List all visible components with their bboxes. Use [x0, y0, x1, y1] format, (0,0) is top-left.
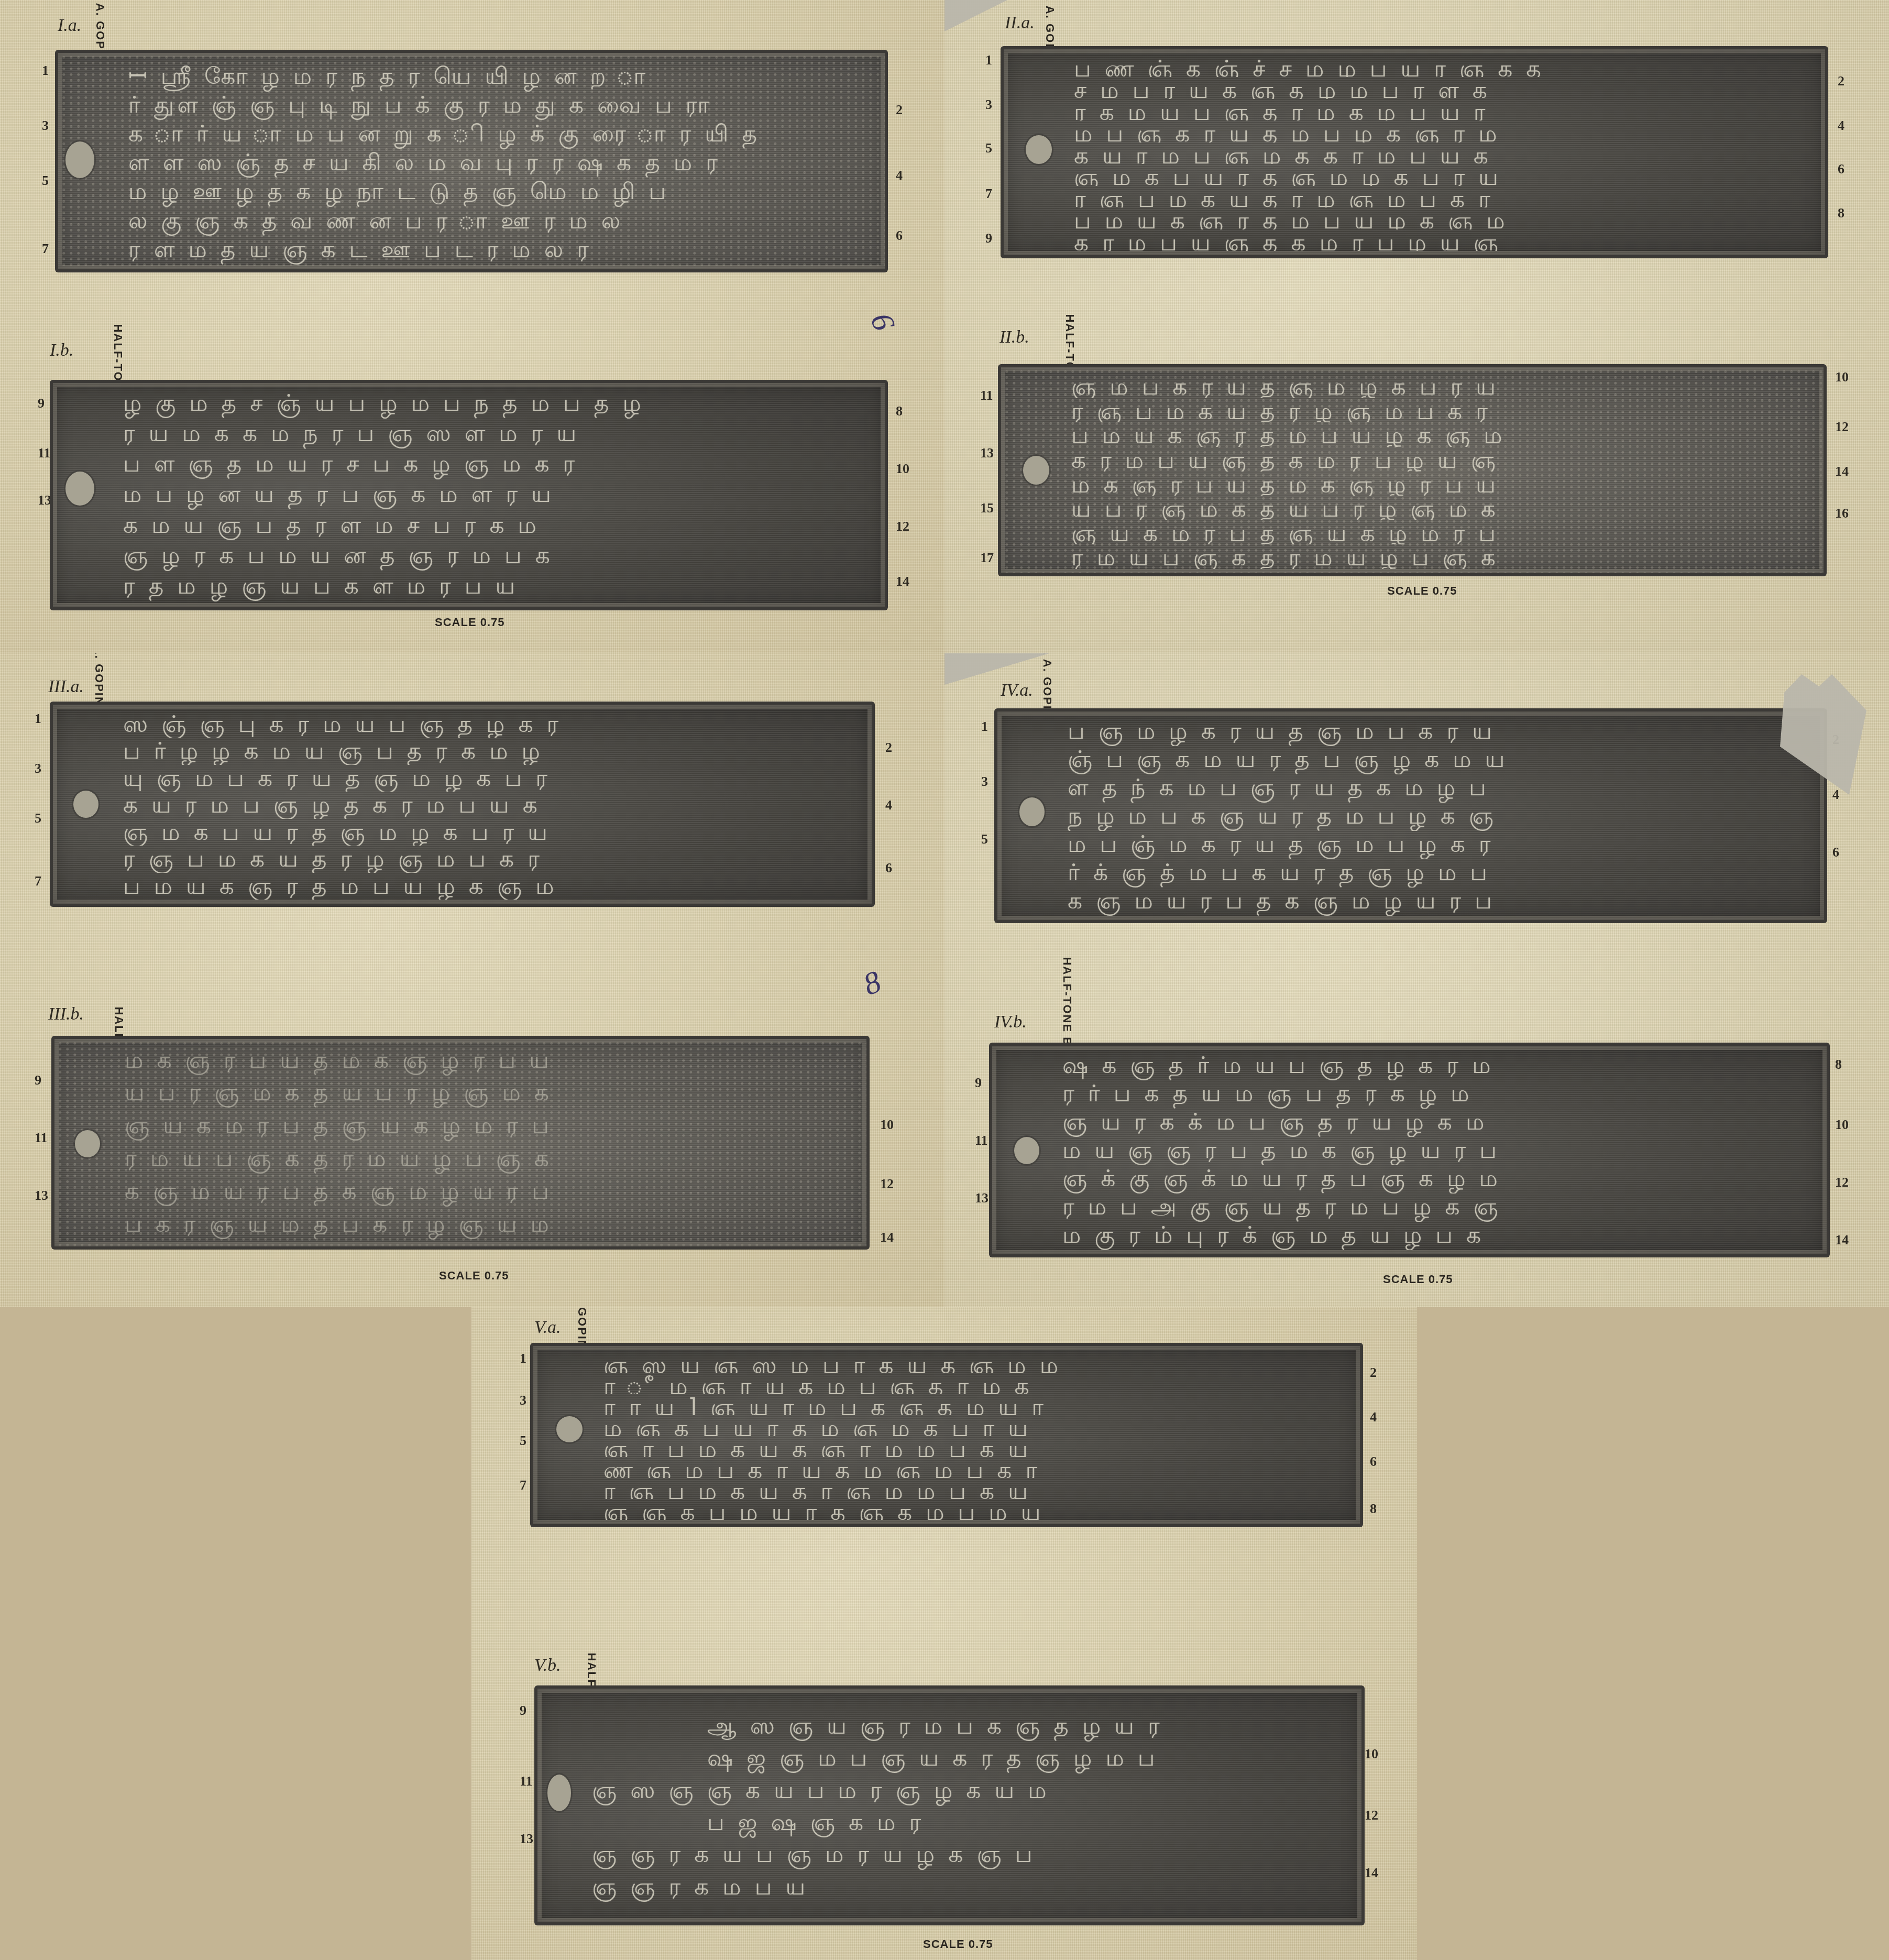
panel-V: T. A. GOPINATHA RAO. HALF-TONE BY M. E. … — [471, 1307, 1417, 1960]
line-number: 17 — [980, 550, 994, 566]
plate-label: III.b. — [48, 1004, 84, 1024]
plate-label: V.a. — [534, 1318, 561, 1338]
line-number: 9 — [38, 396, 45, 411]
ring-hole — [65, 472, 94, 506]
line-number: 11 — [980, 388, 993, 403]
line-number: 6 — [1370, 1454, 1377, 1470]
line-number: 1 — [520, 1351, 526, 1366]
inscription-text: ப ண ஞ் க ஞ் ச் ச ம ழ ப ய ர ஞ க த ச ம ப ர… — [1074, 56, 1807, 251]
line-number: 14 — [896, 574, 909, 589]
line-number: 3 — [42, 118, 49, 134]
line-number: 9 — [35, 1072, 41, 1088]
line-number: 12 — [896, 519, 909, 534]
copper-plate-IIa: ப ண ஞ் க ஞ் ச் ச ம ழ ப ய ர ஞ க த ச ம ப ர… — [1001, 46, 1828, 258]
line-number: 13 — [520, 1831, 533, 1847]
line-number: 4 — [1832, 787, 1839, 803]
plate-label: IV.a. — [1001, 681, 1033, 700]
line-number: 3 — [35, 761, 41, 776]
line-number: 14 — [1835, 1232, 1849, 1248]
line-number: 2 — [896, 102, 903, 118]
ring-hole — [1019, 797, 1045, 826]
torn-paper-corner — [944, 0, 1007, 31]
panel-III: T. A. GOPINATHA RAO. HALF-TONE BY M. E. … — [0, 653, 944, 1307]
plate-label: II.a. — [1005, 13, 1035, 33]
inscription-text: ஞ ம ப க ர ய த ஞ ம ழ க ப ர ய ர ஞ ப ம க ய … — [1071, 374, 1806, 569]
plate-label: IV.b. — [994, 1012, 1027, 1032]
line-number: 1 — [35, 711, 41, 727]
ring-hole — [547, 1775, 571, 1811]
line-number: 6 — [896, 228, 903, 244]
line-number: 10 — [1835, 1117, 1849, 1133]
line-number: 14 — [1835, 464, 1849, 479]
line-number: 16 — [1835, 506, 1849, 521]
line-number: 6 — [1838, 161, 1844, 177]
plate-title: Huzur Office Plates of Kokkarunandadakka… — [1882, 157, 1889, 182]
torn-paper-corner — [944, 653, 1049, 685]
line-number: 2 — [1838, 73, 1844, 89]
plate-label: III.a. — [48, 677, 84, 697]
line-number: 14 — [1365, 1865, 1378, 1881]
line-number: 5 — [520, 1433, 526, 1449]
line-number: 12 — [880, 1176, 894, 1192]
line-number: 4 — [1838, 118, 1844, 134]
ring-hole — [556, 1416, 583, 1442]
line-number: 13 — [975, 1190, 989, 1206]
line-number: 7 — [985, 186, 992, 202]
line-number: 4 — [885, 797, 892, 813]
line-number: 6 — [1832, 845, 1839, 860]
line-number: 1 — [981, 719, 988, 735]
line-number: 3 — [981, 774, 988, 790]
line-number: 8 — [896, 403, 903, 419]
scale-label: SCALE 0.75 — [1387, 584, 1457, 598]
inscription-text: ꟷ ஸ்ரீ கோ ழ ம ர ந த ர யெ யி ழ ன ற ா ர் த… — [128, 59, 867, 265]
plate-title: Huzur Office Plates of Kokkarunandadakka… — [930, 816, 944, 840]
ring-hole — [1014, 1137, 1039, 1164]
line-number: 7 — [42, 241, 49, 257]
copper-plate-Vb: ஆ ஸ ஞ ய ஞ ர ம ப க ஞ த ழ ய ர ஷ ஜ ஞ ம ப ஞ … — [534, 1685, 1365, 1925]
line-number: 8 — [1835, 1057, 1842, 1072]
inscription-text: ம க ஞ ர ப ய த ம க ஞ ழ ர ப ய ய ப ர ஞ ம க … — [125, 1045, 849, 1242]
copper-plate-IIIa: ஸ ஞ் ஞ பு க ர ம ய ப ஞ த ழ க ர ப ர் ழ ழ க… — [50, 702, 875, 907]
line-number: 5 — [981, 831, 988, 847]
scale-label: SCALE 0.75 — [923, 1937, 993, 1951]
inscription-text: ஞ ஸ ய ஞ ஸ ம ப ர க ய த ஞ ம ழ ர ீ ழ ஞ ர ய … — [603, 1352, 1342, 1520]
handwritten-mark: 6 — [863, 309, 902, 336]
line-number: 6 — [885, 860, 892, 876]
inscription-text: ஆ ஸ ஞ ய ஞ ர ம ப க ஞ த ழ ய ர ஷ ஜ ஞ ம ப ஞ … — [592, 1712, 1344, 1904]
ring-hole — [1023, 456, 1049, 485]
panel-IV: T. A. GOPINATHA RAO. HALF-TONE BY M. E. … — [944, 653, 1889, 1307]
ring-hole — [65, 141, 94, 178]
line-number: 11 — [35, 1130, 48, 1146]
scale-label: SCALE 0.75 — [435, 616, 505, 629]
ring-hole — [75, 1130, 100, 1157]
line-number: 3 — [985, 97, 992, 113]
line-number: 5 — [35, 811, 41, 826]
line-number: 5 — [985, 140, 992, 156]
copper-plate-IIb: ஞ ம ப க ர ய த ஞ ம ழ க ப ர ய ர ஞ ப ம க ய … — [998, 364, 1827, 576]
line-number: 8 — [1838, 205, 1844, 221]
plate-title: Huzur Office Plates of Kokkarunandadakka… — [938, 173, 944, 198]
line-number: 10 — [880, 1117, 894, 1133]
line-number: 10 — [896, 461, 909, 477]
line-number: 1 — [42, 63, 49, 79]
inscription-text: ப ஞ ம ழ க ர ய த ஞ ம ப க ர ய ஞ் ப ஞ க ம ய… — [1068, 718, 1806, 916]
panel-I: T. A. GOPINATHA RAO. HALF-TONE BY M. E. … — [0, 0, 944, 653]
line-number: 9 — [975, 1075, 982, 1091]
handwritten-mark: 8 — [859, 963, 886, 1003]
line-number: 13 — [35, 1188, 48, 1203]
line-number: 9 — [985, 231, 992, 246]
line-number: 1 — [985, 52, 992, 68]
copper-plate-IVb: ஷ க ஞ த ர் ம ய ப ஞ த ழ க ர ம ர ர் ப க த … — [989, 1043, 1830, 1257]
copper-plate-Va: ஞ ஸ ய ஞ ஸ ம ப ர க ய த ஞ ம ழ ர ீ ழ ஞ ர ய … — [530, 1343, 1363, 1527]
line-number: 4 — [1370, 1409, 1377, 1425]
line-number: 7 — [520, 1477, 526, 1493]
line-number: 12 — [1835, 1175, 1849, 1190]
inscription-text: ஷ க ஞ த ர் ம ய ப ஞ த ழ க ர ம ர ர் ப க த … — [1062, 1052, 1809, 1250]
line-number: 11 — [38, 445, 51, 461]
plate-label: I.b. — [50, 341, 73, 360]
line-number: 10 — [1835, 369, 1849, 385]
scale-label: SCALE 0.75 — [1383, 1273, 1453, 1286]
line-number: 13 — [980, 445, 994, 461]
line-number: 11 — [975, 1133, 988, 1148]
line-number: 8 — [1370, 1501, 1377, 1517]
line-number: 4 — [896, 168, 903, 183]
copper-plate-IIIb: ம க ஞ ர ப ய த ம க ஞ ழ ர ப ய ய ப ர ஞ ம க … — [51, 1036, 870, 1250]
line-number: 11 — [520, 1773, 533, 1789]
inscription-text: ஸ ஞ் ஞ பு க ர ம ய ப ஞ த ழ க ர ப ர் ழ ழ க… — [123, 711, 854, 900]
plate-label: V.b. — [534, 1656, 561, 1676]
scale-label: SCALE 0.75 — [439, 1269, 509, 1283]
line-number: 9 — [520, 1703, 526, 1718]
line-number: 12 — [1365, 1808, 1378, 1823]
plate-title: Huzur Office Plates of Kokkarunandadakka… — [1404, 1491, 1417, 1515]
copper-plate-Ia: ꟷ ஸ்ரீ கோ ழ ம ர ந த ர யெ யி ழ ன ற ா ர் த… — [55, 50, 888, 272]
inscription-text: ழ கு ம த ச ஞ் ய ப ழ ம ப ந த ம ப த ழ ர ய … — [123, 389, 867, 603]
line-number: 15 — [980, 500, 994, 516]
line-number: 2 — [1370, 1365, 1377, 1381]
plate-label: I.a. — [58, 16, 81, 36]
panel-II: T. A. GOPINATHA RAO. HALF-TONE BY M. E. … — [944, 0, 1889, 653]
line-number: 12 — [1835, 419, 1849, 435]
line-number: 3 — [520, 1393, 526, 1408]
ring-hole — [1026, 135, 1052, 164]
plate-label: II.b. — [1000, 327, 1029, 347]
line-number: 10 — [1365, 1746, 1378, 1762]
line-number: 14 — [880, 1230, 894, 1245]
copper-plate-Ib: ழ கு ம த ச ஞ் ய ப ழ ம ப ந த ம ப த ழ ர ய … — [50, 380, 888, 610]
copper-plate-IVa: ப ஞ ம ழ க ர ய த ஞ ம ப க ர ய ஞ் ப ஞ க ம ய… — [994, 708, 1827, 923]
line-number: 7 — [35, 873, 41, 889]
line-number: 2 — [885, 740, 892, 755]
line-number: 5 — [42, 173, 49, 189]
ring-hole — [73, 791, 98, 818]
